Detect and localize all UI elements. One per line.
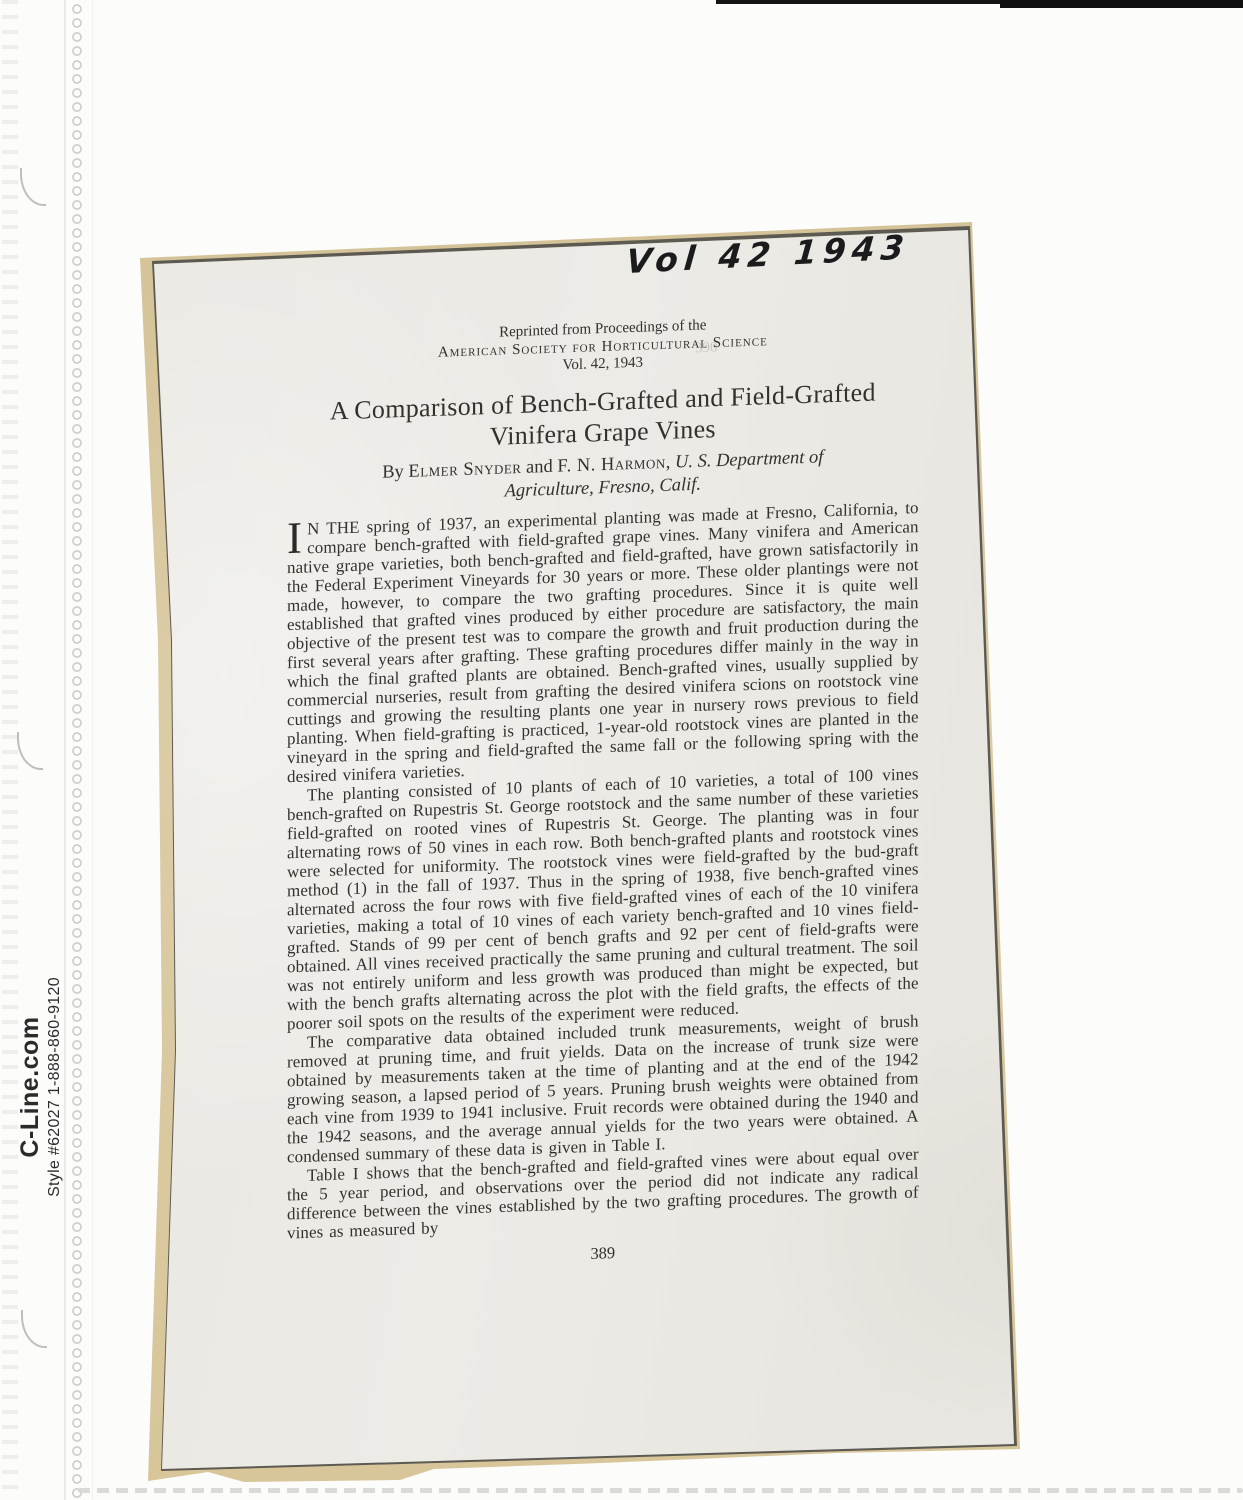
byline-and: and [521,456,557,477]
scanner-edge-artifact [1000,0,1243,8]
scanner-edge-artifact [716,0,1016,4]
sheet-protector: C-Line.com Style #62027 1-888-860-9120 V… [0,0,1243,1500]
binder-ring-mark [21,1310,47,1348]
body-paragraph: The comparative data obtained included t… [287,1011,919,1166]
protector-brand-label: C-Line.com Style #62027 1-888-860-9120 [16,934,65,1240]
protector-seam-line [92,0,93,1500]
brand-name: C-Line.com [16,934,44,1240]
binder-ring-mark [17,732,43,770]
protector-seam-line [64,0,66,1500]
binder-ring-mark [20,168,46,206]
author-name: F. N. Harmon [557,452,665,476]
protector-bottom-seam [78,1488,1243,1493]
article-body: IN THE spring of 1937, an experimental p… [287,498,919,1242]
brand-style-number: Style #62027 1-888-860-9120 [44,934,65,1240]
perforation-strip [68,2,86,1498]
page-content: Reprinted from Proceedings of the Americ… [287,310,919,1274]
body-paragraph: The planting consisted of 10 plants of e… [287,764,919,1033]
byline: By Elmer Snyder and F. N. Harmon, U. S. … [353,445,853,508]
protector-left-edge-texture [2,0,18,1500]
byline-by: By [382,461,408,482]
author-name: Elmer Snyder [408,457,521,481]
byline-comma: , [666,452,675,472]
body-paragraph: IN THE spring of 1937, an experimental p… [287,498,919,786]
